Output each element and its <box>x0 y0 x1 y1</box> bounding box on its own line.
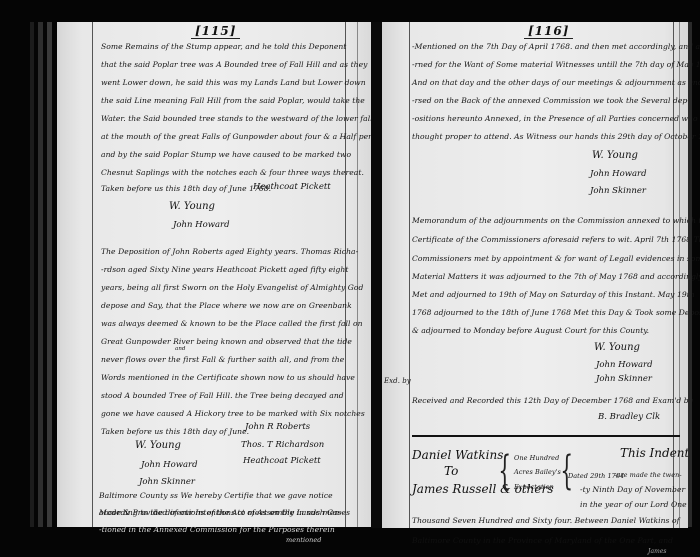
interlined-word: and <box>175 346 186 352</box>
signature: John Howard <box>173 220 230 230</box>
text-line: that the said Poplar tree was A Bounded … <box>101 60 368 69</box>
book-edge <box>688 22 692 527</box>
signature: John Skinner <box>590 186 646 196</box>
text-line: went Lower down, he said this was my Lan… <box>101 78 366 87</box>
catchword: James <box>648 548 667 555</box>
text-line: Received and Recorded this 12th Day of D… <box>412 396 693 405</box>
tract-line: One Hundred <box>514 454 559 462</box>
deed-line: Thousand Seven Hundred and Sixty four. B… <box>412 516 679 525</box>
text-line: & adjourned to Monday before August Cour… <box>412 326 649 335</box>
text-line: thought proper to attend. As Witness our… <box>412 132 700 141</box>
section-divider <box>412 435 680 437</box>
signature: W. Young <box>135 440 181 451</box>
page-number: [115] <box>191 24 240 39</box>
text-line: -rned for the Want of Some material Witn… <box>412 60 700 69</box>
book-binding-edge <box>47 22 52 527</box>
margin-note: Exd. by <box>384 377 411 385</box>
right-page: [116] -Mentioned on the 7th Day of April… <box>382 22 688 528</box>
deed-line: in the year of our Lord One <box>580 500 687 509</box>
text-line: Made & Provided of our Intentions to mee… <box>99 508 342 517</box>
signature: John R Roberts <box>245 422 310 432</box>
catchword: mentioned <box>286 536 321 544</box>
text-line: Certificate of the Commissioners aforesa… <box>412 235 700 244</box>
text-line: And on that day and the other days of ou… <box>412 78 700 87</box>
text-line: -rdson aged Sixty Nine years Heathcoat P… <box>101 265 348 274</box>
book-binding-edge <box>30 22 34 527</box>
page-number: [116] <box>524 24 573 39</box>
text-line: -Mentioned on the 7th Day of April 1768.… <box>412 42 700 51</box>
deed-line: Baltimore County in the Province of Mary… <box>412 536 673 545</box>
book-gutter <box>371 22 382 528</box>
signature: John Howard <box>141 460 198 470</box>
text-line: -rsed on the Back of the annexed Commiss… <box>412 96 690 105</box>
text-line: Great Gunpowder River being known and ob… <box>101 337 352 346</box>
deed-line: -ty Ninth Day of November <box>580 485 685 494</box>
deed-heading: This Indent <box>620 446 689 460</box>
text-line: stood A bounded Tree of Fall Hill. the T… <box>101 391 344 400</box>
text-line: Memorandum of the adjournments on the Co… <box>412 216 700 225</box>
text-line: Taken before us this 18th day of June 17… <box>101 184 271 193</box>
text-line: Taken before us this 18th day of June. <box>101 427 249 436</box>
text-line: years, being all first Sworn on the Holy… <box>101 283 363 292</box>
brace: { <box>560 451 573 491</box>
text-line: Chesnut Saplings with the notches each &… <box>101 168 364 177</box>
text-line: Words mentioned in the Certificate shown… <box>101 373 355 382</box>
text-line: The Deposition of John Roberts aged Eigh… <box>101 247 358 256</box>
deed-line: -ure made the twen- <box>614 471 682 479</box>
text-line: the said Line meaning Fall Hill from the… <box>101 96 365 105</box>
tract-line: Acres Bailey's <box>514 468 561 476</box>
clerk-signature: B. Bradley Clk <box>598 412 660 422</box>
margin-rule <box>409 22 410 528</box>
text-line: Met and adjourned to 19th of May on Satu… <box>412 290 695 299</box>
text-line: Water. the Said bounded tree stands to t… <box>101 114 373 123</box>
signature: W. Young <box>594 342 640 353</box>
text-line: and by the said Poplar Stump we have cau… <box>101 150 351 159</box>
text-line: at the mouth of the great Falls of Gunpo… <box>101 132 390 141</box>
book-binding-edge <box>38 22 43 527</box>
margin-rule <box>92 22 93 527</box>
signature: W. Young <box>592 150 638 161</box>
brace: { <box>498 451 511 491</box>
text-line: Some Remains of the Stump appear, and he… <box>101 42 346 51</box>
text-line: never flows over the first Fall & furthe… <box>101 355 344 364</box>
text-line: Baltimore County ss We hereby Certifie t… <box>99 491 333 500</box>
signature: W. Young <box>169 201 215 212</box>
grantor-name: Daniel Watkins <box>412 448 503 462</box>
text-line: 1768 adjourned to the 18th of June 1768 … <box>412 308 700 317</box>
text-line: depose and Say, that the Place where we … <box>101 301 352 310</box>
text-line: -ositions hereunto Annexed, in the Prese… <box>412 114 698 123</box>
text-line: Commissioners met by appointment & for w… <box>412 254 700 263</box>
tract-line: Expectation <box>514 483 554 491</box>
text-line: was always deemed & known to be the Plac… <box>101 319 363 328</box>
signature: Thos. T Richardson <box>241 440 324 450</box>
signature: John Howard <box>596 360 653 370</box>
text-line: Material Matters it was adjourned to the… <box>412 272 700 281</box>
text-line: -tioned in the Annexed Commission for th… <box>99 525 335 534</box>
to-label: To <box>444 464 458 478</box>
signature: John Skinner <box>139 477 195 487</box>
text-line: gone we have caused A Hickory tree to be… <box>101 409 365 418</box>
signature: Heathcoat Pickett <box>253 182 331 192</box>
signature: Heathcoat Pickett <box>243 456 321 466</box>
left-page: [115] Some Remains of the Stump appear, … <box>57 22 373 527</box>
signature: John Skinner <box>596 374 652 384</box>
signature: John Howard <box>590 169 647 179</box>
